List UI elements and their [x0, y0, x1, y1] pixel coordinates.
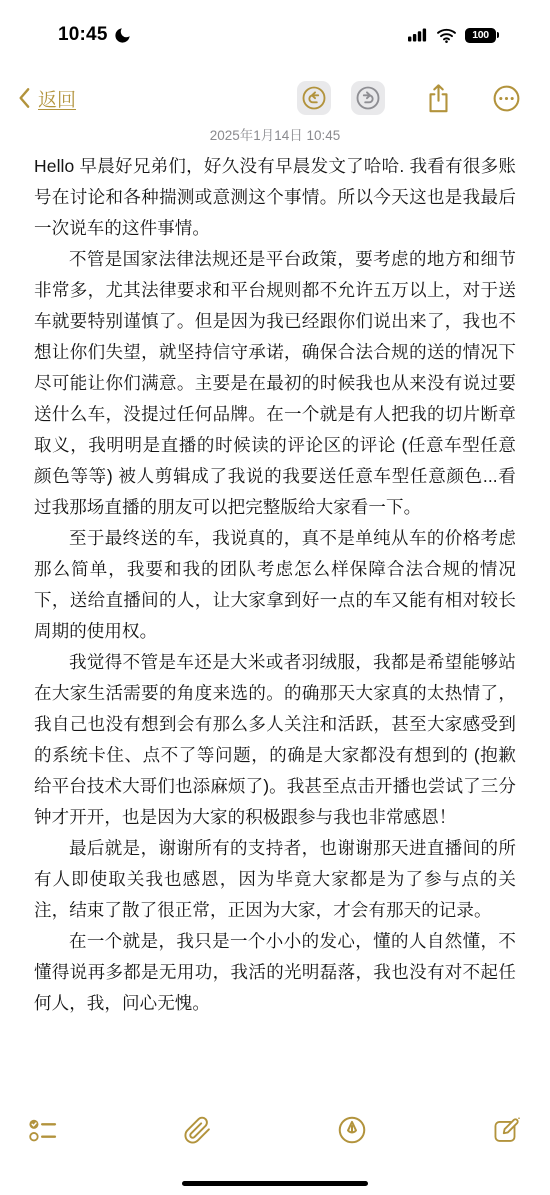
ellipsis-circle-icon: [491, 83, 522, 114]
moon-icon: [113, 26, 132, 45]
share-icon: [425, 83, 452, 114]
status-time: 10:45: [58, 24, 108, 46]
bottom-toolbar: [0, 1105, 550, 1155]
battery-level: 100: [472, 29, 489, 41]
compose-button[interactable]: [492, 1115, 522, 1145]
more-button[interactable]: [489, 81, 523, 115]
wifi-icon: [436, 27, 457, 43]
back-button[interactable]: 返回: [18, 85, 76, 112]
note-paragraph: Hello 早晨好兄弟们，好久没有早晨发文了哈哈. 我看有很多账号在讨论和各种揣…: [34, 151, 516, 244]
undo-button[interactable]: [297, 81, 331, 115]
checklist-button[interactable]: [28, 1115, 59, 1146]
note-paragraph: 至于最终送的车，我说真的，真不是单纯从车的价格考虑那么简单，我要和我的团队考虑怎…: [34, 523, 516, 647]
chevron-left-icon: [18, 87, 31, 109]
redo-icon: [354, 84, 382, 112]
cellular-signal-icon: [408, 28, 428, 42]
redo-button[interactable]: [351, 81, 385, 115]
markup-button[interactable]: [336, 1114, 368, 1146]
compose-icon: [492, 1115, 522, 1145]
nav-actions: [297, 81, 523, 115]
undo-icon: [300, 84, 328, 112]
note-date: 2025年1月14日 10:45: [0, 124, 550, 144]
attachment-button[interactable]: [183, 1116, 212, 1145]
note-paragraph: 最后就是，谢谢所有的支持者，也谢谢那天进直播间的所有人即使取关我也感恩，因为毕竟…: [34, 833, 516, 926]
note-paragraph: 不管是国家法律法规还是平台政策，要考虑的地方和细节非常多，尤其法律要求和平台规则…: [34, 244, 516, 523]
status-bar: 10:45 100: [0, 18, 550, 52]
nav-bar: 返回: [0, 76, 550, 120]
back-label: 返回: [38, 85, 76, 112]
paperclip-icon: [183, 1116, 212, 1145]
checklist-icon: [28, 1115, 59, 1146]
status-left: 10:45: [58, 24, 132, 46]
battery-nub: [497, 32, 499, 38]
home-indicator[interactable]: [182, 1181, 368, 1187]
status-right: 100: [408, 27, 496, 43]
note-paragraph: 我觉得不管是车还是大米或者羽绒服，我都是希望能够站在大家生活需要的角度来选的。的…: [34, 647, 516, 833]
markup-pen-icon: [336, 1114, 368, 1146]
note-text-area[interactable]: Hello 早晨好兄弟们，好久没有早晨发文了哈哈. 我看有很多账号在讨论和各种揣…: [0, 151, 550, 1019]
note-paragraph: 在一个就是，我只是一个小小的发心，懂的人自然懂，不懂得说再多都是无用功，我活的光…: [34, 926, 516, 1019]
share-button[interactable]: [421, 81, 455, 115]
battery-icon: 100: [465, 28, 496, 43]
